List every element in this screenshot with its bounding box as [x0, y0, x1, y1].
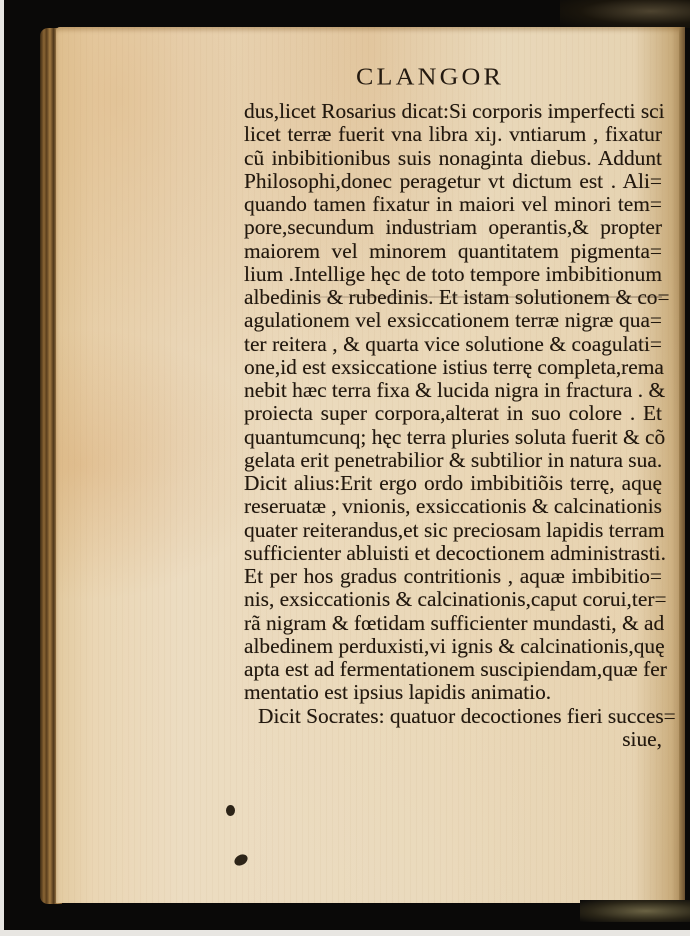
text-line: ter reitera , & quarta vice solutione & … [244, 333, 662, 356]
text-line: quantumcunq; hęc terra pluries soluta fu… [244, 426, 662, 449]
text-line: sufficienter abluisti et decoctionem adm… [244, 542, 662, 565]
text-line: mentatio est ipsius lapidis animatio. [244, 681, 662, 704]
text-line: Et per hos gradus contritionis , aquæ im… [244, 565, 662, 588]
text-line: cũ inbibitionibus suis nonaginta diebus.… [244, 147, 662, 170]
scan-border-left [0, 0, 4, 930]
text-line: one,id est exsiccatione istius terrę com… [244, 356, 662, 379]
text-line: nis, exsiccationis & calcinationis,caput… [244, 588, 662, 611]
scanned-book-page: CLANGOR dus,licet Rosarius dicat:Si corp… [0, 0, 690, 936]
text-line: albedinem perduxisti,vi ignis & calcinat… [244, 635, 662, 658]
text-line: siue, [244, 728, 662, 751]
text-line: licet terræ fuerit vna libra xiȷ. vntiar… [244, 123, 662, 146]
body-text: dus,licet Rosarius dicat:Si corporis imp… [244, 100, 662, 751]
binding-edge-top [560, 0, 690, 28]
text-line: Dicit alius:Erit ergo ordo imbibitiõis t… [244, 472, 662, 495]
text-line: apta est ad fermentationem suscipiendam,… [244, 658, 662, 681]
text-line: quater reiterandus,et sic preciosam lapi… [244, 519, 662, 542]
scan-border-bottom [0, 930, 690, 936]
text-line: dus,licet Rosarius dicat:Si corporis imp… [244, 100, 662, 123]
text-line: agulationem vel exsiccationem terræ nigr… [244, 309, 662, 332]
text-line: gelata erit penetrabilior & subtilior in… [244, 449, 662, 472]
text-line: pore,secundum industriam operantis,& pro… [244, 216, 662, 239]
page-right-edge [679, 27, 685, 903]
text-line: Dicit Socrates: quatuor decoctiones fier… [244, 705, 662, 728]
ink-blot [226, 805, 235, 816]
running-head: CLANGOR [356, 65, 504, 90]
text-line: maiorem vel minorem quantitatem pigmenta… [244, 240, 662, 263]
text-line: lium .Intellige hęc de toto tempore imbi… [244, 263, 662, 286]
text-line: Philosophi,donec peragetur vt dictum est… [244, 170, 662, 193]
text-line: nebit hæc terra fixa & lucida nigra in f… [244, 379, 662, 402]
binding-edge-bottom [580, 900, 690, 922]
text-line: reseruatæ , vnionis, exsiccationis & cal… [244, 495, 662, 518]
text-line: albedinis & rubedinis. Et istam solution… [244, 286, 662, 309]
text-line: rã nigram & fœtidam sufficienter mundast… [244, 612, 662, 635]
text-line: proiecta super corpora,alterat in suo co… [244, 402, 662, 425]
text-line: quando tamen fixatur in maiori vel minor… [244, 193, 662, 216]
